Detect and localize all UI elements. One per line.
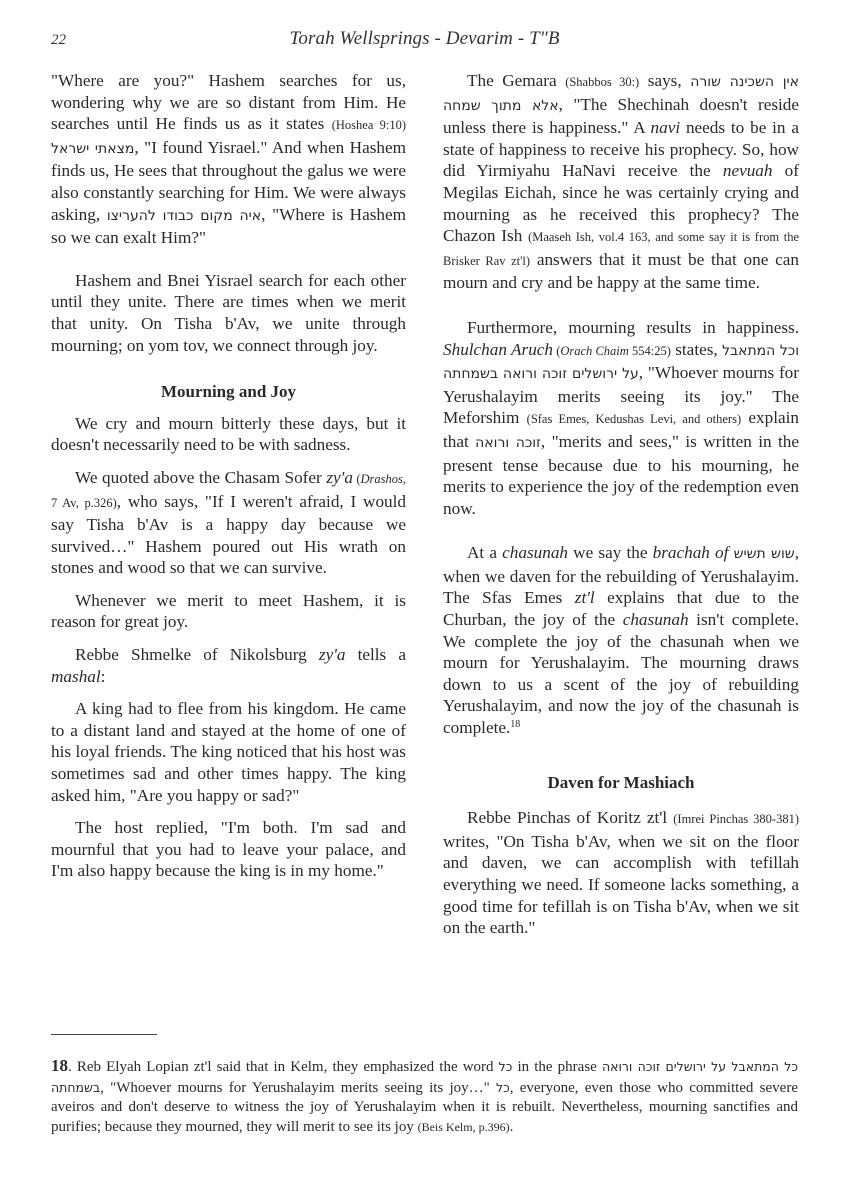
text: Rebbe Pinchas of Koritz zt'l xyxy=(467,808,673,827)
text: , "Whoever mourns for Yerushalayim merit… xyxy=(100,1080,496,1096)
hebrew-text: כל xyxy=(496,1080,510,1095)
footnote-separator-rule xyxy=(51,1034,157,1035)
text: states, xyxy=(671,340,722,359)
footnote: 18. Reb Elyah Lopian zt'l said that in K… xyxy=(51,1056,798,1137)
text: We quoted above the Chasam Sofer xyxy=(75,468,326,487)
section-heading: Mourning and Joy xyxy=(51,381,406,403)
paragraph: Rebbe Pinchas of Koritz zt'l (Imrei Pinc… xyxy=(443,807,799,939)
paragraph: We cry and mourn bitterly these days, bu… xyxy=(51,413,406,456)
source-citation: (Beis Kelm, p.396) xyxy=(418,1120,510,1134)
paragraph: "Where are you?" Hashem searches for us,… xyxy=(51,70,406,249)
paragraph: At a chasunah we say the brachah of שוש … xyxy=(443,542,799,738)
paragraph: The host replied, "I'm both. I'm sad and… xyxy=(51,817,406,882)
page-header: 22 Torah Wellsprings - Devarim - T"B xyxy=(0,28,849,52)
source-citation: (Sfas Emes, Kedushas Levi, and others) xyxy=(527,412,741,426)
footnote-number: 18 xyxy=(51,1056,68,1075)
hebrew-text: זוכה ורואה xyxy=(475,435,541,451)
paragraph: A king had to flee from his kingdom. He … xyxy=(51,698,406,806)
italic-text: brachah of xyxy=(653,543,729,562)
italic-text: zt'l xyxy=(575,588,595,607)
italic-text: navi xyxy=(651,118,681,137)
left-column: "Where are you?" Hashem searches for us,… xyxy=(51,70,406,893)
paragraph: Whenever we merit to meet Hashem, it is … xyxy=(51,590,406,633)
italic-text: Shulchan Aruch xyxy=(443,340,553,359)
text: Rebbe Shmelke of Nikolsburg xyxy=(75,645,319,664)
text: in the phrase xyxy=(512,1059,602,1075)
text: : xyxy=(101,667,106,686)
paragraph: Furthermore, mourning results in happine… xyxy=(443,317,799,519)
right-column: The Gemara (Shabbos 30:) says, אין השכינ… xyxy=(443,70,799,950)
text: writes, "On Tisha b'Av, when we sit on t… xyxy=(443,832,799,937)
text: Furthermore, mourning results in happine… xyxy=(467,318,799,337)
section-heading: Daven for Mashiach xyxy=(443,772,799,794)
text: we say the xyxy=(568,543,653,562)
paragraph: The Gemara (Shabbos 30:) says, אין השכינ… xyxy=(443,70,799,294)
source-citation: (Shabbos 30:) xyxy=(565,75,639,89)
text: The Gemara xyxy=(467,71,565,90)
text: says, xyxy=(639,71,690,90)
source-citation: (Imrei Pinchas 380-381) xyxy=(673,812,799,826)
text: At a xyxy=(467,543,502,562)
paragraph: Rebbe Shmelke of Nikolsburg zy'a tells a… xyxy=(51,644,406,687)
text: . Reb Elyah Lopian zt'l said that in Kel… xyxy=(68,1059,499,1075)
hebrew-text: איה מקום כבודו להעריצו xyxy=(107,208,261,224)
italic-text: chasunah xyxy=(623,610,689,629)
footnote-reference-link[interactable]: 18 xyxy=(510,719,520,730)
source-citation: (Orach Chaim 554:25) xyxy=(553,344,671,358)
paragraph: Hashem and Bnei Yisrael search for each … xyxy=(51,270,406,356)
text: . xyxy=(510,1119,514,1135)
italic-text: chasunah xyxy=(502,543,568,562)
italic-text: nevuah xyxy=(723,161,773,180)
running-title: Torah Wellsprings - Devarim - T"B xyxy=(0,28,849,50)
hebrew-text: כל xyxy=(499,1059,513,1074)
italic-text: zy'a xyxy=(319,645,346,664)
text: tells a xyxy=(345,645,406,664)
text: isn't complete. We complete the joy of t… xyxy=(443,610,799,737)
hebrew-text: מצאתי ישראל xyxy=(51,141,134,157)
italic-text: zy'a xyxy=(326,468,353,487)
paragraph: We quoted above the Chasam Sofer zy'a (D… xyxy=(51,467,406,579)
italic-text: mashal xyxy=(51,667,101,686)
source-citation: (Hoshea 9:10) xyxy=(332,118,406,132)
hebrew-text: שוש תשיש xyxy=(734,546,795,562)
